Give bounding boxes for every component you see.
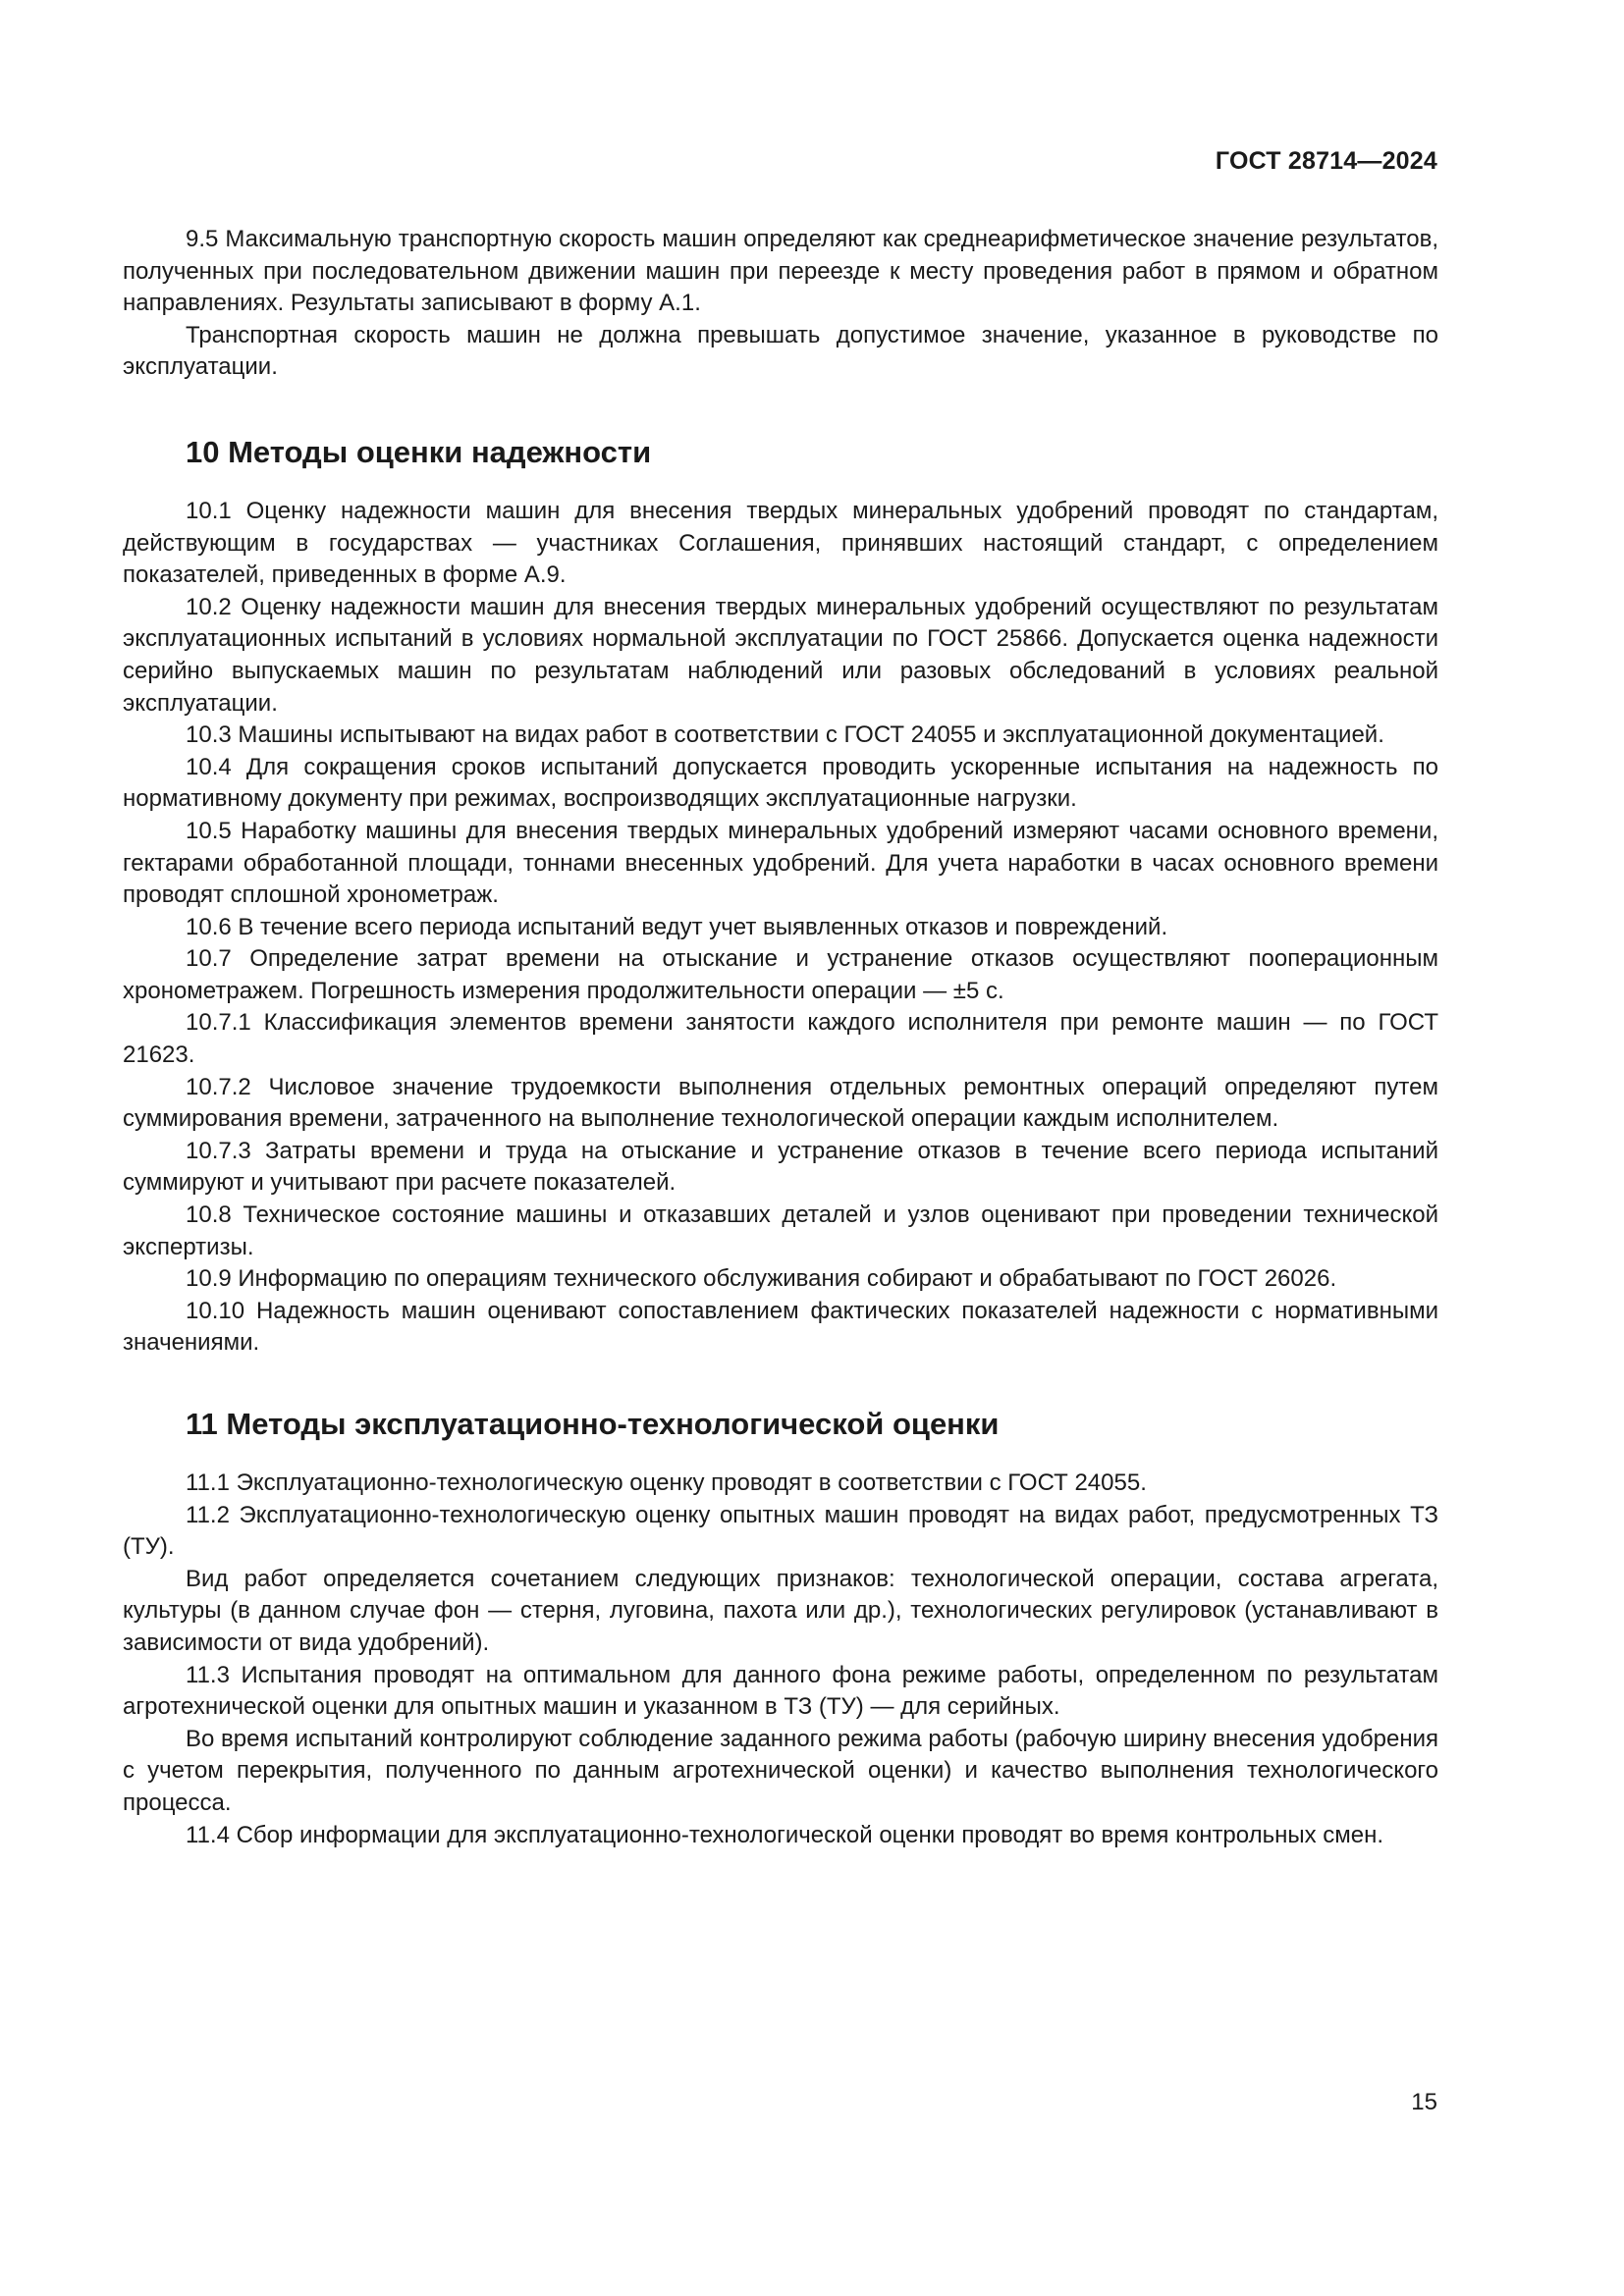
paragraph: 11.3 Испытания проводят на оптимальном д… — [123, 1660, 1438, 1724]
paragraph: 10.8 Техническое состояние машины и отка… — [123, 1200, 1438, 1263]
paragraph: 10.7.2 Числовое значение трудоемкости вы… — [123, 1072, 1438, 1136]
paragraph: 10.10 Надежность машин оценивают сопоста… — [123, 1296, 1438, 1360]
paragraph-9-5: 9.5 Максимальную транспортную скорость м… — [123, 224, 1438, 320]
paragraph-transport-speed: Транспортная скорость машин не должна пр… — [123, 320, 1438, 384]
paragraph: Вид работ определяется сочетанием следую… — [123, 1564, 1438, 1660]
page-number: 15 — [1411, 2089, 1437, 2116]
paragraph: 11.2 Эксплуатационно-технологическую оце… — [123, 1500, 1438, 1564]
document-header-id: ГОСТ 28714—2024 — [1216, 147, 1437, 176]
paragraph: 11.4 Сбор информации для эксплуатационно… — [123, 1820, 1438, 1852]
paragraph: 10.2 Оценку надежности машин для внесени… — [123, 592, 1438, 720]
paragraph: 10.7.1 Классификация элементов времени з… — [123, 1007, 1438, 1071]
paragraph: 10.5 Наработку машины для внесения тверд… — [123, 816, 1438, 912]
paragraph: 10.7 Определение затрат времени на отыск… — [123, 943, 1438, 1007]
paragraph: Во время испытаний контролируют соблюден… — [123, 1724, 1438, 1820]
section-10-heading: 10 Методы оценки надежности — [123, 433, 1438, 472]
paragraph: 10.9 Информацию по операциям техническог… — [123, 1263, 1438, 1296]
paragraph: 10.4 Для сокращения сроков испытаний доп… — [123, 752, 1438, 816]
section-11-body: 11.1 Эксплуатационно-технологическую оце… — [123, 1468, 1438, 1851]
paragraph: 10.7.3 Затраты времени и труда на отыска… — [123, 1136, 1438, 1200]
paragraph: 10.6 В течение всего периода испытаний в… — [123, 912, 1438, 944]
page-content: 9.5 Максимальную транспортную скорость м… — [123, 224, 1438, 1851]
paragraph: 10.3 Машины испытывают на видах работ в … — [123, 720, 1438, 752]
paragraph: 11.1 Эксплуатационно-технологическую оце… — [123, 1468, 1438, 1500]
section-11-heading: 11 Методы эксплуатационно-технологическо… — [123, 1405, 1438, 1444]
section-10-body: 10.1 Оценку надежности машин для внесени… — [123, 496, 1438, 1360]
paragraph: 10.1 Оценку надежности машин для внесени… — [123, 496, 1438, 592]
